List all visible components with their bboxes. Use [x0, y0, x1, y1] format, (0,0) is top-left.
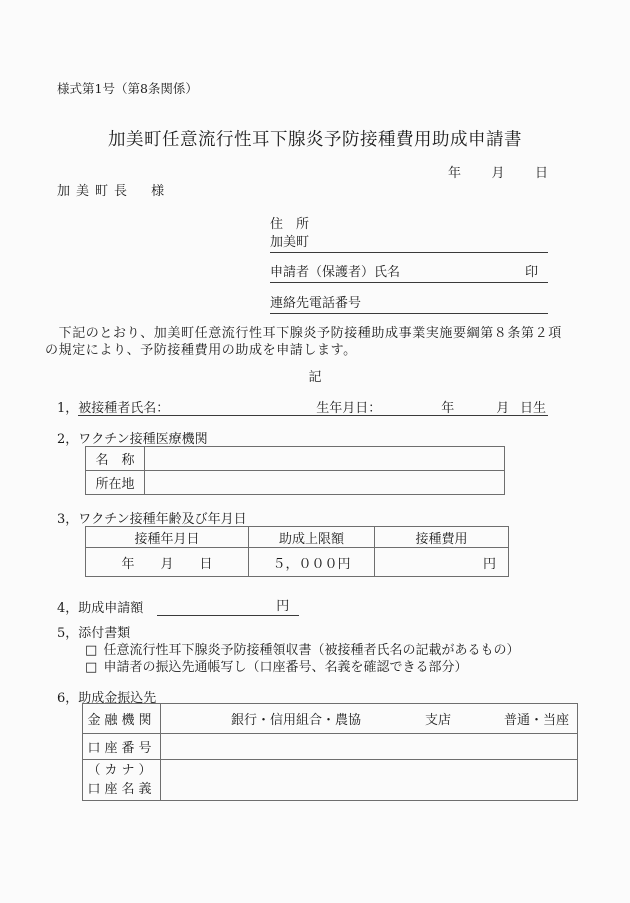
column-header-vaccination-cost: 接種費用 [375, 527, 509, 548]
institution-address-label: 所在地 [86, 471, 145, 495]
seal-mark: 印 [525, 261, 548, 280]
checkbox-icon: □ [85, 660, 97, 675]
account-name-value [161, 760, 578, 801]
attachment-item-2-text: 申請者の振込先通帳写し（口座番号、名義を確認できる部分） [103, 660, 467, 675]
date-month-label: 月 [491, 162, 504, 181]
date-day-label: 日 [535, 162, 548, 181]
account-name-label-cell: （カナ） 口座名義 [83, 760, 161, 801]
section-2-heading: 2，ワクチン接種医療機関 [57, 428, 208, 447]
addressee-line: 加美町長 様 [57, 180, 164, 199]
birth-day-label: 日生 [520, 397, 546, 416]
financial-institution-label: 金融機関 [83, 704, 161, 734]
section-1-vaccinee-line: 1， 被接種者氏名： 生年月日： 年 月 日生 [57, 397, 548, 416]
page-title: 加美町任意流行性耳下腺炎予防接種費用助成申請書 [0, 126, 630, 151]
table-row: 口座番号 [83, 734, 578, 760]
addressee-honorific: 様 [151, 184, 164, 199]
branch-label: 支店 [425, 709, 451, 728]
section-4-amount-line: 4， 助成申請額 円 [57, 595, 299, 616]
vaccinee-name-label: 被接種者氏名： [78, 397, 169, 416]
table-header-row: 接種年月日 助成上限額 接種費用 [86, 527, 509, 548]
section-4-number: 4， [57, 597, 78, 616]
address-fill-line: 加美町 [270, 231, 548, 253]
subsidy-amount-label: 助成申請額 [78, 597, 143, 616]
ki-heading: 記 [0, 366, 630, 385]
attachment-item-2: □ 申請者の振込先通帳写し（口座番号、名義を確認できる部分） [85, 656, 467, 675]
birth-month-label: 月 [496, 397, 509, 416]
kana-label: （カナ） [85, 761, 158, 780]
section-3-heading: 3，ワクチン接種年齢及び年月日 [57, 508, 247, 527]
table-row: 金融機関 銀行・信用組合・農協 支店 普通・当座 [83, 704, 578, 734]
table-row: 所在地 [86, 471, 505, 495]
addressee-name: 加美町長 [57, 184, 133, 199]
phone-number-line: 連絡先電話番号 [270, 292, 548, 314]
table-row: 名 称 [86, 447, 505, 471]
institution-name-value [145, 447, 505, 471]
form-number: 様式第1号（第8条関係） [57, 79, 198, 97]
address-label: 住 所 [270, 213, 309, 232]
financial-institution-cell: 銀行・信用組合・農協 支店 普通・当座 [161, 704, 578, 734]
date-year-label: 年 [448, 162, 461, 181]
subsidy-limit-cell: ５，０００円 [249, 548, 375, 577]
bank-transfer-table: 金融機関 銀行・信用組合・農協 支店 普通・当座 口座番号 （カナ） 口座名義 [82, 703, 578, 801]
account-types-label: 普通・当座 [504, 709, 569, 728]
table-row: （カナ） 口座名義 [83, 760, 578, 801]
vaccination-cost-cell: 円 [375, 548, 509, 577]
account-number-label: 口座番号 [83, 734, 161, 760]
table-row: 年 月 日 ５，０００円 円 [86, 548, 509, 577]
application-form-page: 様式第1号（第8条関係） 加美町任意流行性耳下腺炎予防接種費用助成申請書 年 月… [0, 0, 630, 903]
vaccinee-fill-line: 被接種者氏名： 生年月日： 年 月 日生 [78, 397, 548, 416]
birthdate-label: 生年月日： [316, 397, 381, 416]
intro-paragraph-line-2: の規定により、予防接種費用の助成を申請します。 [45, 339, 590, 358]
yen-unit-label: 円 [276, 599, 289, 614]
birth-year-label: 年 [441, 397, 454, 416]
medical-institution-table: 名 称 所在地 [85, 446, 505, 495]
applicant-name-label: 申請者（保護者）氏名 [270, 261, 400, 280]
date-line: 年 月 日 [448, 162, 548, 181]
account-name-label: 口座名義 [85, 780, 158, 799]
amount-fill-line: 円 [157, 595, 299, 616]
section-1-number: 1， [57, 397, 78, 416]
applicant-name-line: 申請者（保護者）氏名 印 [270, 261, 548, 283]
column-header-vaccination-date: 接種年月日 [86, 527, 249, 548]
column-header-subsidy-limit: 助成上限額 [249, 527, 375, 548]
account-number-value [161, 734, 578, 760]
bank-types-label: 銀行・信用組合・農協 [231, 709, 361, 728]
vaccination-date-cell: 年 月 日 [86, 548, 249, 577]
institution-name-label: 名 称 [86, 447, 145, 471]
institution-address-value [145, 471, 505, 495]
vaccination-date-table: 接種年月日 助成上限額 接種費用 年 月 日 ５，０００円 円 [85, 526, 509, 577]
